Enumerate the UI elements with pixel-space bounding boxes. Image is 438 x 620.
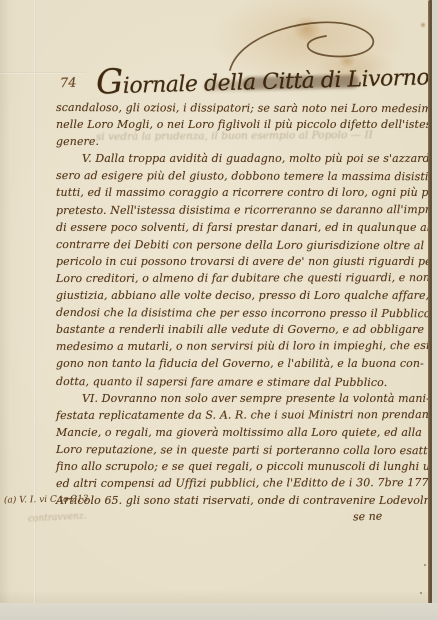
manuscript-line: scandaloso, gli oziosi, i dissipatori; s… xyxy=(56,99,430,117)
manuscript-line: pericolo in cui possono trovarsi di aver… xyxy=(56,253,430,270)
manuscript-line: pretesto. Nell'istessa disistima e ricor… xyxy=(56,201,430,219)
page-number: 74 xyxy=(60,76,77,92)
manuscript-line: dotta, quanto il sapersi fare amare e st… xyxy=(56,373,430,391)
manuscript-line: fino allo scrupolo; e se quei regali, o … xyxy=(56,458,430,475)
paper-speck xyxy=(420,592,422,594)
manuscript-line: Loro reputazione, se in queste parti si … xyxy=(56,441,430,459)
manuscript-line: nelle Loro Mogli, o nei Loro figlivoli i… xyxy=(56,116,430,133)
manuscript-line: ed altri compensi ad Uffizi pubblici, ch… xyxy=(56,474,430,492)
manuscript-scan: 74 Giornale della Città di Livorno si ve… xyxy=(0,0,438,620)
manuscript-line: sero ad esigere più del giusto, dobbono … xyxy=(56,167,430,185)
paper-speck xyxy=(424,564,426,566)
manuscript-line: medesimo a mutarli, o non servirsi più d… xyxy=(56,337,430,355)
catchword: se ne xyxy=(353,509,383,523)
ink-stamp-smudge xyxy=(205,81,249,91)
manuscript-line: Loro creditori, o almeno di far dubitare… xyxy=(56,269,430,287)
manuscript-line: Mancie, o regali, ma gioverà moltissimo … xyxy=(56,424,430,441)
manuscript-line: Articolo 65. gli sono stati riservati, o… xyxy=(56,492,430,509)
body-text: scandaloso, gli oziosi, i dissipatori; s… xyxy=(56,99,430,509)
manuscript-line: tutti, ed il massimo coraggio a ricorrer… xyxy=(56,184,430,201)
ink-stamp-smudge xyxy=(243,75,359,90)
manuscript-line: di essere poco solventi, di farsi presta… xyxy=(56,219,430,236)
manuscript-line: gono non tanto la fiducia del Governo, e… xyxy=(56,355,430,372)
scanner-bottom-strip xyxy=(0,603,438,620)
manuscript-line: giustizia, abbiano alle volte deciso, pr… xyxy=(56,287,430,304)
manuscript-line: contrarre dei Debiti con persone della L… xyxy=(56,236,430,254)
ink-stain xyxy=(420,22,426,28)
manuscript-line: dendosi che la disistima che per esso in… xyxy=(56,304,430,322)
page-edges-strip xyxy=(432,0,438,620)
manuscript-line: festata replicatamente da S. A. R. che i… xyxy=(56,406,430,424)
manuscript-line: bastante a renderli inabili alle vedute … xyxy=(56,321,430,338)
manuscript-line: V. Dalla troppa avidità di guadagno, mol… xyxy=(56,150,430,167)
fold-crease-horizontal xyxy=(0,72,86,74)
margin-note: (a) V. I. vi C.to 213 xyxy=(4,494,89,505)
manuscript-line: VI. Dovranno non solo aver sempre presen… xyxy=(56,390,430,407)
manuscript-line: genere. xyxy=(56,132,430,150)
